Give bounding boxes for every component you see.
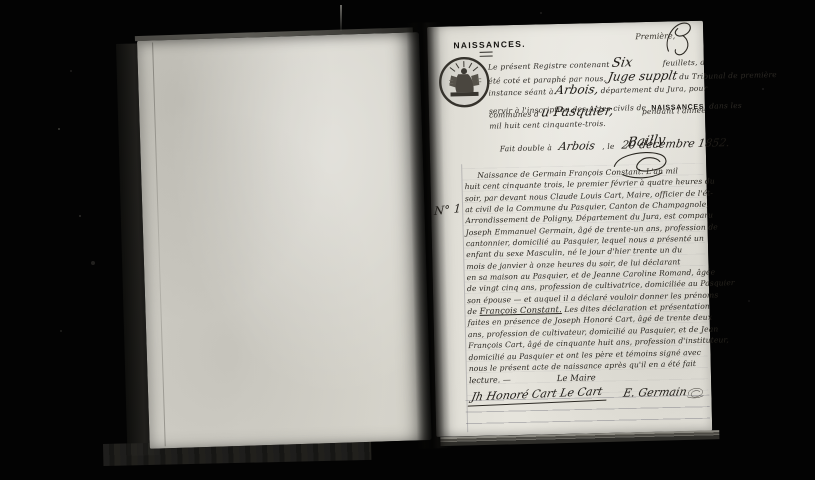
printed-text: mil huit cent cinquante-trois.: [489, 119, 606, 132]
printed-text: du Tribunal de première: [679, 70, 777, 82]
printed-text: pendant l'année: [642, 106, 706, 117]
naissances-header: NAISSANCES.: [453, 39, 526, 51]
printed-text: communes d: [489, 109, 539, 120]
right-page-register: NAISSANCES. Première, Le présent Registr…: [427, 21, 712, 437]
handwritten-town: Arbois,: [555, 84, 600, 95]
child-name-underlined: François Constant.: [479, 304, 562, 316]
page-crease: [152, 42, 166, 446]
witness-signatures: Jh Honoré Cart Le Cart: [468, 386, 610, 407]
dust-specks: [0, 0, 2, 2]
mayor-paraphe-flourish-icon: [687, 378, 706, 408]
left-page-blank: [137, 32, 432, 449]
handwritten-title: Juge supplt: [607, 70, 678, 82]
closing-word: lecture. —: [469, 374, 511, 387]
page-stack-top-edge: [135, 27, 413, 41]
handwritten-count: Six: [611, 58, 633, 69]
birth-act-text: Naissance de Germain François Constant. …: [464, 165, 705, 413]
revenue-stamp-icon: [437, 55, 492, 110]
handwritten-place: Arbois: [558, 141, 596, 152]
father-signature: E. Germain: [622, 386, 688, 399]
film-scratch: [340, 5, 342, 31]
paraphe-flourish-icon: [660, 19, 699, 60]
printed-text: Fait double à: [500, 143, 552, 153]
printed-text: feuillets, a: [663, 58, 705, 69]
act-text: de: [467, 307, 479, 316]
act-margin-number: N° 1: [434, 201, 462, 218]
scanned-register-photo: { "colors": { "background": "#030303", "…: [0, 0, 815, 480]
printed-text: Le présent Registre contenant: [488, 60, 610, 73]
mayor-role-label: Le Maire: [557, 372, 596, 385]
printed-text: dans les: [709, 101, 742, 112]
handwritten-commune: u Pasquier,: [540, 107, 614, 119]
